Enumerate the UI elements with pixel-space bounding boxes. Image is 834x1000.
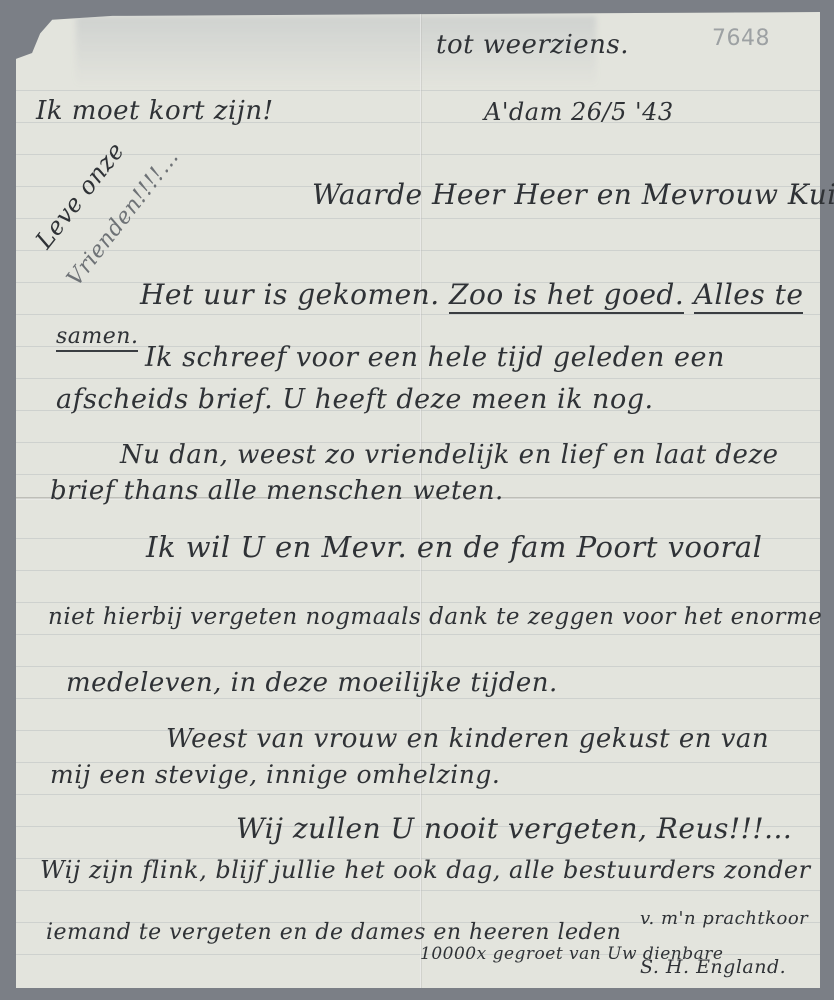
ruled-line bbox=[16, 890, 820, 891]
body-line: Ik wil U en Mevr. en de fam Poort vooral bbox=[146, 530, 762, 564]
body-line: Weest van vrouw en kinderen gekust en va… bbox=[166, 724, 769, 754]
body-line: iemand te vergeten en de dames en heeren… bbox=[46, 920, 621, 945]
ruled-line bbox=[16, 666, 820, 667]
ruled-line bbox=[16, 314, 820, 315]
body-line: medeleven, in deze moeilijke tijden. bbox=[66, 668, 558, 698]
signature: S. H. England. bbox=[640, 956, 786, 978]
note-left: Ik moet kort zijn! bbox=[36, 96, 274, 126]
ruled-line bbox=[16, 794, 820, 795]
body-line: niet hierbij vergeten nogmaals dank te z… bbox=[48, 604, 822, 630]
ruled-line bbox=[16, 698, 820, 699]
body-line: afscheids brief. U heeft deze meen ik no… bbox=[56, 384, 654, 415]
body-line: Het uur is gekomen. Zoo is het goed. All… bbox=[140, 278, 803, 311]
underlined-text: Zoo is het goed. bbox=[449, 278, 684, 314]
body-line: Wij zijn flink, blijf jullie het ook dag… bbox=[40, 856, 811, 884]
ruled-line bbox=[16, 474, 820, 475]
body-line: Wij zullen U nooit vergeten, Reus!!!... bbox=[236, 812, 792, 845]
body-line: mij een stevige, innige omhelzing. bbox=[50, 760, 500, 789]
ruled-line bbox=[16, 250, 820, 251]
closing-line1: v. m'n prachtkoor bbox=[640, 908, 808, 929]
place-date: A'dam 26/5 '43 bbox=[484, 98, 674, 126]
ruled-line bbox=[16, 378, 820, 379]
body-text: Het uur is gekomen. bbox=[140, 278, 440, 311]
archive-number: 7648 bbox=[712, 26, 770, 51]
body-line: Nu dan, weest zo vriendelijk en lief en … bbox=[120, 440, 779, 470]
salutation: Waarde Heer Heer en Mevrouw Kuil bbox=[312, 178, 834, 211]
ruled-line bbox=[16, 634, 820, 635]
body-line: Ik schreef voor een hele tijd geleden ee… bbox=[145, 342, 725, 373]
ruled-line bbox=[16, 90, 820, 91]
body-line: brief thans alle menschen weten. bbox=[50, 476, 504, 506]
underlined-text: Alles te bbox=[694, 278, 804, 314]
underlined-text: samen. bbox=[56, 324, 138, 352]
body-line: samen. bbox=[56, 324, 138, 349]
ruled-line bbox=[16, 570, 820, 571]
farewell-top: tot weerziens. bbox=[436, 30, 629, 60]
ruled-line bbox=[16, 602, 820, 603]
ruled-line bbox=[16, 154, 820, 155]
